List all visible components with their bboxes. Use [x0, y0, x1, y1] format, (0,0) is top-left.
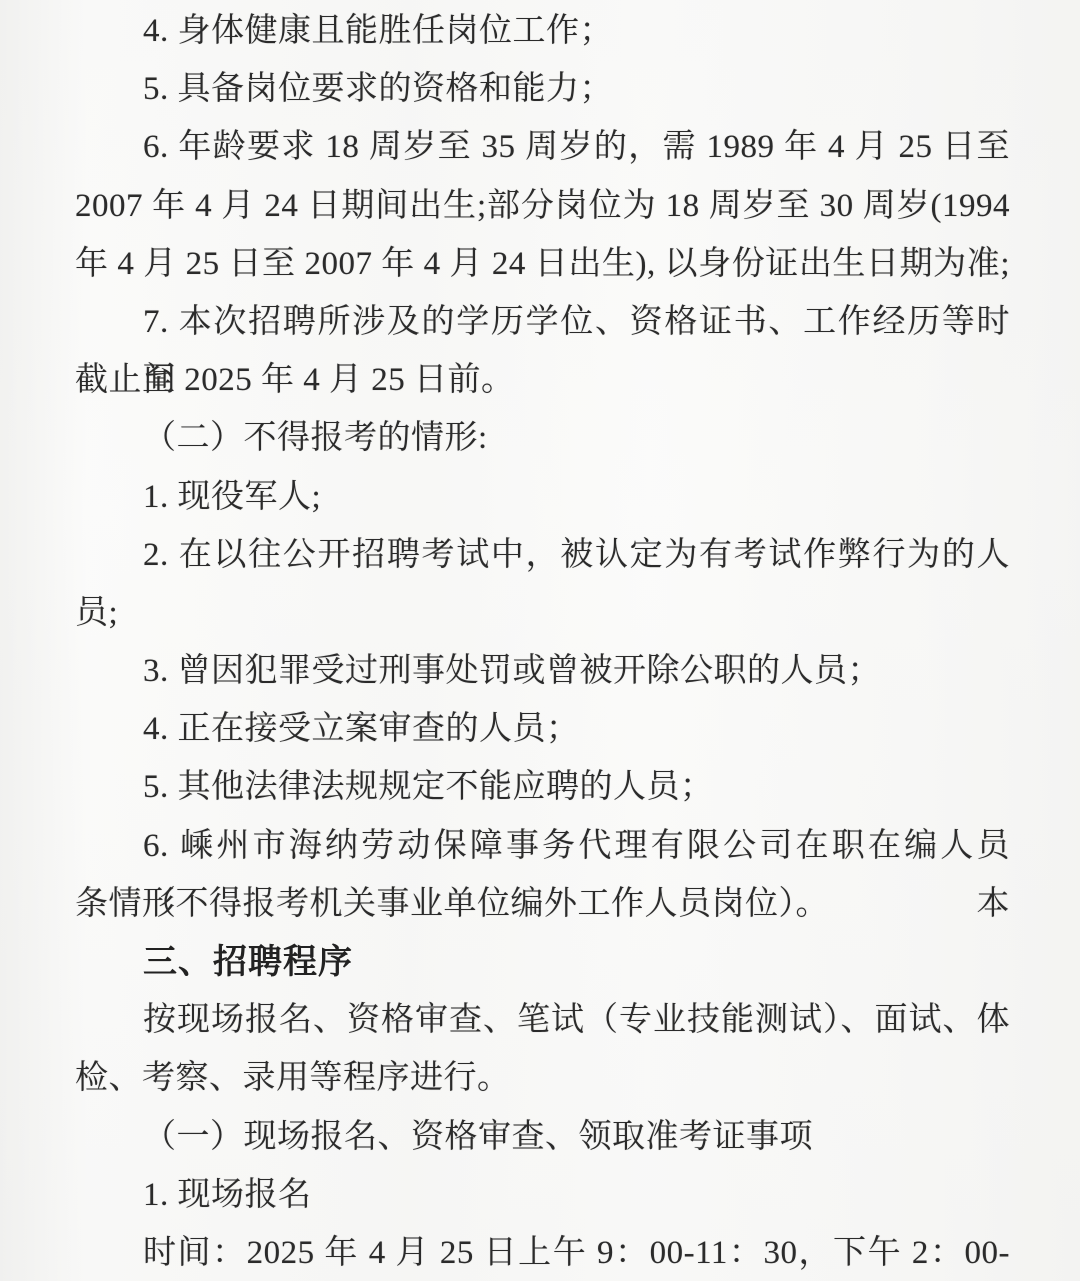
doc-line-forbid-3-criminal: 3. 曾因犯罪受过刑事处罚或曾被开除公职的人员； [75, 642, 1010, 700]
doc-line-forbid-2-cheating-2: 员; [75, 584, 1010, 642]
doc-line-item-4-health: 4. 身体健康且能胜任岗位工作； [75, 2, 1010, 60]
doc-line-forbid-4-investigation: 4. 正在接受立案审查的人员； [75, 700, 1010, 758]
doc-line-onsite-registration: 1. 现场报名 [75, 1166, 1010, 1224]
doc-line-registration-time: 时间：2025 年 4 月 25 日上午 9：00-11：30，下午 2：00-… [75, 1224, 1010, 1281]
doc-line-item-5-qualification: 5. 具备岗位要求的资格和能力； [75, 60, 1010, 118]
doc-line-procedure-2: 检、考察、录用等程序进行。 [75, 1049, 1010, 1107]
doc-line-forbid-5-law: 5. 其他法律法规规定不能应聘的人员； [75, 758, 1010, 816]
doc-line-item-6-age-1: 6. 年龄要求 18 周岁至 35 周岁的，需 1989 年 4 月 25 日至 [75, 118, 1010, 176]
document-page: 4. 身体健康且能胜任岗位工作； 5. 具备岗位要求的资格和能力； 6. 年龄要… [0, 0, 1080, 1281]
doc-line-forbid-6-company-1: 6. 嵊州市海纳劳动保障事务代理有限公司在职在编人员（本 [75, 817, 1010, 875]
doc-line-subsection-1-heading: （一）现场报名、资格审查、领取准考证事项 [75, 1108, 1010, 1166]
doc-line-section-2-heading: （二）不得报考的情形: [75, 409, 1010, 467]
doc-line-item-6-age-3: 年 4 月 25 日至 2007 年 4 月 24 日出生), 以身份证出生日期… [75, 235, 1010, 293]
doc-line-item-6-age-2: 2007 年 4 月 24 日期间出生;部分岗位为 18 周岁至 30 周岁(1… [75, 177, 1010, 235]
doc-line-forbid-1-military: 1. 现役军人; [75, 468, 1010, 526]
doc-line-item-7-deadline-1: 7. 本次招聘所涉及的学历学位、资格证书、工作经历等时间 [75, 293, 1010, 351]
doc-line-section-3-heading: 三、招聘程序 [75, 933, 1010, 991]
doc-line-item-7-deadline-2: 截止至 2025 年 4 月 25 日前。 [75, 351, 1010, 409]
doc-line-forbid-2-cheating-1: 2. 在以往公开招聘考试中，被认定为有考试作弊行为的人 [75, 526, 1010, 584]
doc-line-procedure-1: 按现场报名、资格审查、笔试（专业技能测试）、面试、体 [75, 991, 1010, 1049]
